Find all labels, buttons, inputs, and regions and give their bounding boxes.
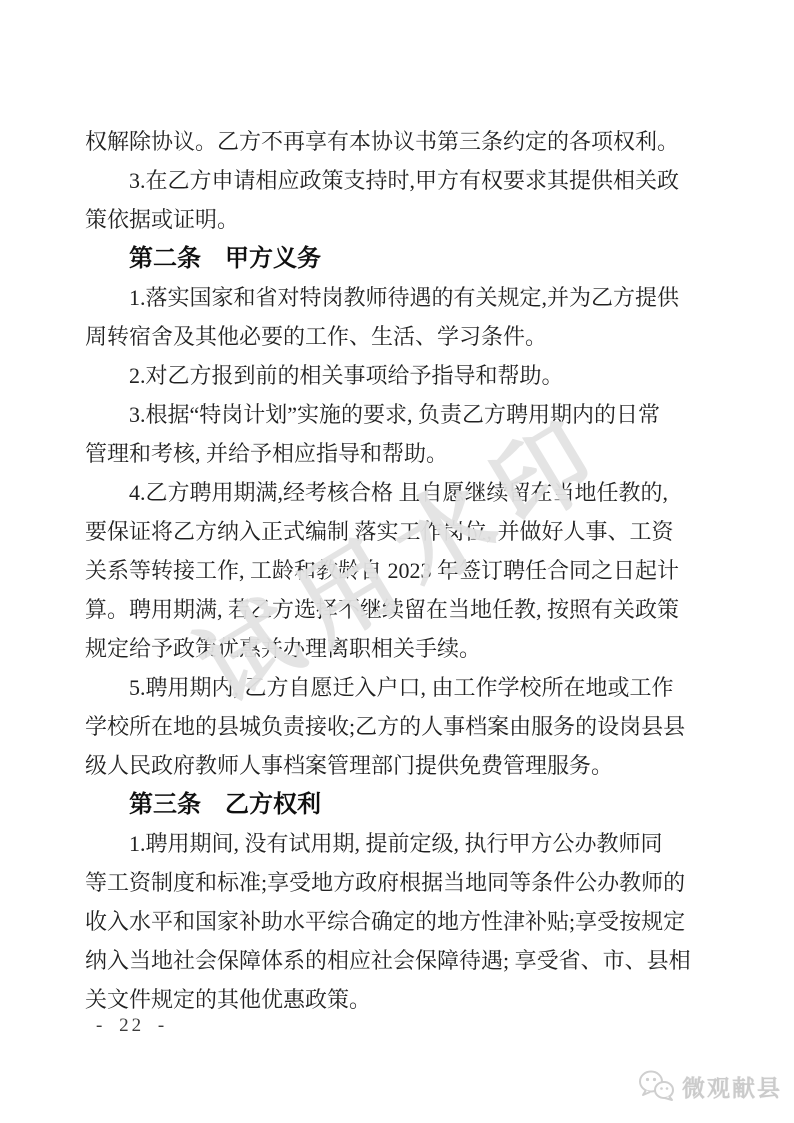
text-line: 2.对乙方报到前的相关事项给予指导和帮助。 xyxy=(85,356,725,395)
heading-article-3: 第三条 乙方权利 xyxy=(85,785,725,824)
text-line: 1.落实国家和省对特岗教师待遇的有关规定,并为乙方提供 xyxy=(85,278,725,317)
text-line: 管理和考核, 并给予相应指导和帮助。 xyxy=(85,434,725,473)
text-line: 算。聘用期满, 若乙方选择不继续留在当地任教, 按照有关政策 xyxy=(85,590,725,629)
text-line: 3.根据“特岗计划”实施的要求, 负责乙方聘用期内的日常 xyxy=(85,395,725,434)
text-line: 权解除协议。乙方不再享有本协议书第三条约定的各项权利。 xyxy=(85,122,725,161)
text-line: 3.在乙方申请相应政策支持时,甲方有权要求其提供相关政 xyxy=(85,161,725,200)
text-line: 要保证将乙方纳入正式编制 落实工作岗位, 并做好人事、工资 xyxy=(85,512,725,551)
text-line: 关系等转接工作, 工龄和教龄自 2023 年签订聘任合同之日起计 xyxy=(85,551,725,590)
text-line: 策依据或证明。 xyxy=(85,200,725,239)
brand-watermark: 微观献县 xyxy=(638,1069,782,1103)
text-line: 周转宿舍及其他必要的工作、生活、学习条件。 xyxy=(85,317,725,356)
page-number: - 22 - xyxy=(96,1015,167,1037)
text-line: 4.乙方聘用期满,经考核合格 且自愿继续留在当地任教的, xyxy=(85,473,725,512)
text-line: 等工资制度和标准;享受地方政府根据当地同等条件公办教师的 xyxy=(85,863,725,902)
text-line: 学校所在地的县城负责接收;乙方的人事档案由服务的设岗县县 xyxy=(85,707,725,746)
document-body: 权解除协议。乙方不再享有本协议书第三条约定的各项权利。 3.在乙方申请相应政策支… xyxy=(85,122,725,1019)
heading-article-2: 第二条 甲方义务 xyxy=(85,239,725,278)
wechat-bubbles-icon xyxy=(638,1069,676,1103)
text-line: 级人民政府教师人事档案管理部门提供免费管理服务。 xyxy=(85,746,725,785)
text-line: 1.聘用期间, 没有试用期, 提前定级, 执行甲方公办教师同 xyxy=(85,824,725,863)
text-line: 关文件规定的其他优惠政策。 xyxy=(85,980,725,1019)
text-line: 纳入当地社会保障体系的相应社会保障待遇; 享受省、市、县相 xyxy=(85,941,725,980)
text-line: 规定给予政策优惠并办理离职相关手续。 xyxy=(85,629,725,668)
document-page: 试用水印 权解除协议。乙方不再享有本协议书第三条约定的各项权利。 3.在乙方申请… xyxy=(0,0,794,1123)
brand-label: 微观献县 xyxy=(682,1070,782,1103)
text-line: 5.聘用期内, 乙方自愿迁入户口, 由工作学校所在地或工作 xyxy=(85,668,725,707)
text-line: 收入水平和国家补助水平综合确定的地方性津补贴;享受按规定 xyxy=(85,902,725,941)
